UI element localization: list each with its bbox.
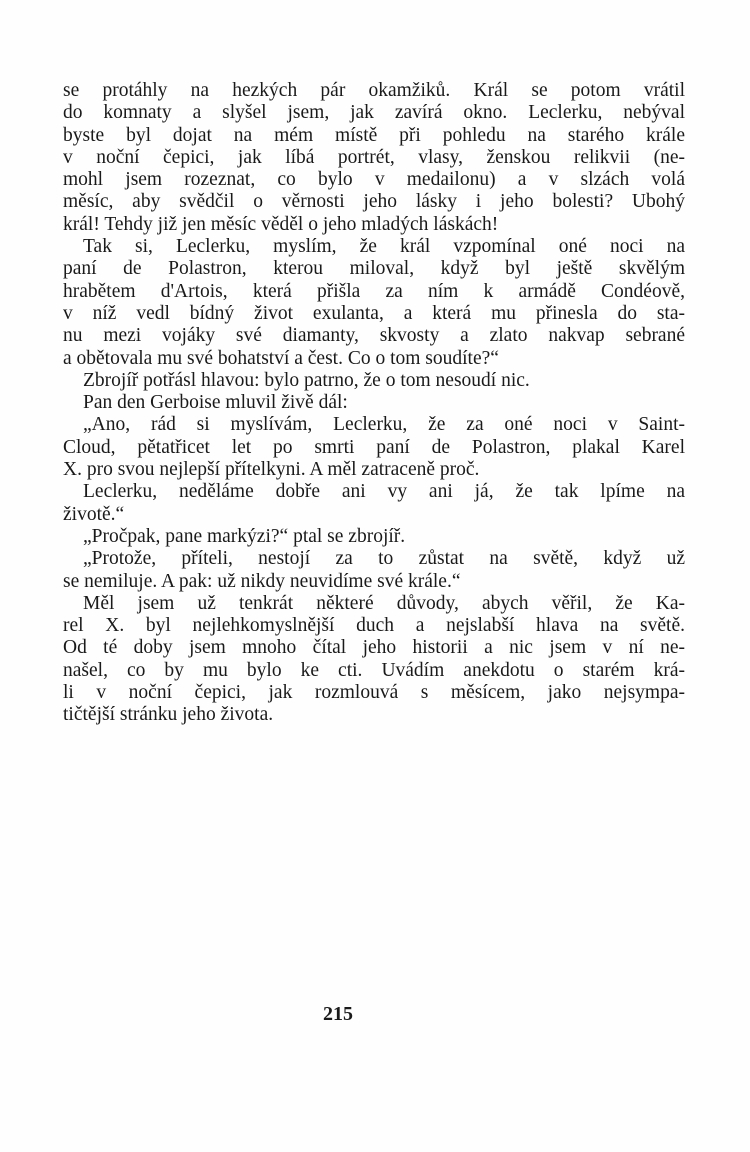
text-line: měsíc, aby svědčil o věrnosti jeho lásky… [63,191,685,213]
text-line: byste byl dojat na mém místě při pohledu… [63,125,685,147]
text-line: do komnaty a slyšel jsem, jak zavírá okn… [63,102,685,124]
text-line: X. pro svou nejlepší přítelkyni. A měl z… [63,459,685,481]
text-line: rel X. byl nejlehkomyslnější duch a nejs… [63,615,685,637]
text-line: mohl jsem rozeznat, co bylo v medailonu)… [63,169,685,191]
text-line: „Ano, rád si myslívám, Leclerku, že za o… [63,414,685,436]
text-line: Tak si, Leclerku, myslím, že král vzpomí… [63,236,685,258]
text-line: li v noční čepici, jak rozmlouvá s měsíc… [63,682,685,704]
text-line: se nemiluje. A pak: už nikdy neuvidíme s… [63,571,685,593]
text-line: Pan den Gerboise mluvil živě dál: [63,392,685,414]
page-number: 215 [323,1003,353,1026]
text-line: „Pročpak, pane markýzi?“ ptal se zbrojíř… [63,526,685,548]
text-line: Leclerku, neděláme dobře ani vy ani já, … [63,481,685,503]
text-line: v noční čepici, jak líbá portrét, vlasy,… [63,147,685,169]
text-line: v níž vedl bídný život exulanta, a která… [63,303,685,325]
text-line: hrabětem d'Artois, která přišla za ním k… [63,281,685,303]
text-line: Cloud, pětatřicet let po smrti paní de P… [63,437,685,459]
text-line: našel, co by mu bylo ke cti. Uvádím anek… [63,660,685,682]
text-line: Od té doby jsem mnoho čítal jeho histori… [63,637,685,659]
text-line: životě.“ [63,504,685,526]
body-text: se protáhly na hezkých pár okamžiků. Krá… [63,80,685,727]
book-page: se protáhly na hezkých pár okamžiků. Krá… [0,0,750,1152]
text-line: „Protože, příteli, nestojí za to zůstat … [63,548,685,570]
text-line: král! Tehdy již jen měsíc věděl o jeho m… [63,214,685,236]
text-line: se protáhly na hezkých pár okamžiků. Krá… [63,80,685,102]
text-line: nu mezi vojáky své diamanty, skvosty a z… [63,325,685,347]
text-line: tičtější stránku jeho života. [63,704,685,726]
text-line: Měl jsem už tenkrát některé důvody, abyc… [63,593,685,615]
text-line: a obětovala mu své bohatství a čest. Co … [63,348,685,370]
text-line: Zbrojíř potřásl hlavou: bylo patrno, že … [63,370,685,392]
text-line: paní de Polastron, kterou miloval, když … [63,258,685,280]
